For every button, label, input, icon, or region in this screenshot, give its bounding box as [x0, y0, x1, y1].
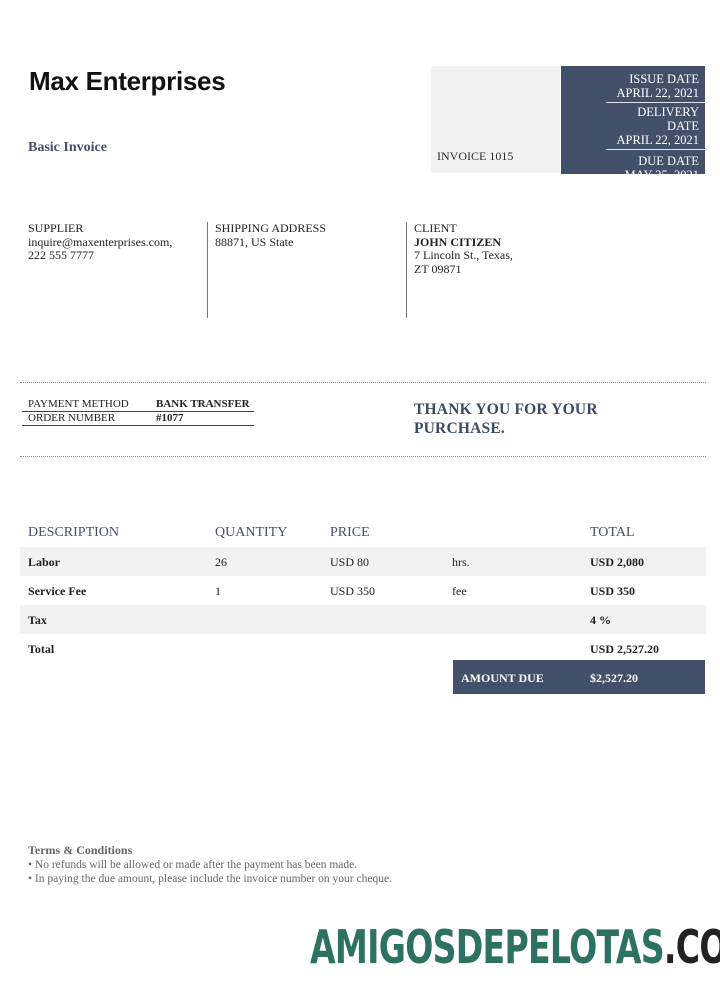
- payment-method-label: PAYMENT METHOD: [22, 398, 156, 411]
- delivery-date-value: APRIL 22, 2021: [606, 133, 699, 147]
- tax-value: 4 %: [590, 613, 611, 628]
- item-price: USD 350: [330, 584, 375, 599]
- item-unit: fee: [452, 584, 467, 599]
- dates-panel: ISSUE DATE APRIL 22, 2021 DELIVERY DATE …: [561, 66, 705, 174]
- amount-due-value: $2,527.20: [590, 671, 638, 686]
- supplier-block: SUPPLIER inquire@maxenterprises.com, 222…: [28, 222, 172, 263]
- delivery-date: DELIVERY DATE APRIL 22, 2021: [606, 103, 705, 150]
- client-address-line1: 7 Lincoln St., Texas,: [414, 249, 513, 263]
- item-price: USD 80: [330, 555, 369, 570]
- total-label: Total: [28, 642, 54, 657]
- shipping-address: 88871, US State: [215, 236, 326, 250]
- table-row: Total USD 2,527.20: [20, 634, 706, 663]
- amount-due-label: AMOUNT DUE: [461, 671, 544, 686]
- document-subtitle: Basic Invoice: [28, 140, 107, 156]
- delivery-date-label: DELIVERY DATE: [606, 105, 699, 133]
- divider: [406, 222, 407, 318]
- order-number-value: #1077: [156, 412, 184, 425]
- watermark-suffix: .COM: [664, 920, 720, 974]
- invoice-number: INVOICE 1015: [437, 149, 513, 164]
- shipping-block: SHIPPING ADDRESS 88871, US State: [215, 222, 326, 249]
- shipping-label: SHIPPING ADDRESS: [215, 222, 326, 236]
- dotted-divider: [20, 382, 706, 383]
- supplier-label: SUPPLIER: [28, 222, 172, 236]
- table-row: Labor 26 USD 80 hrs. USD 2,080: [20, 547, 706, 576]
- order-number-row: ORDER NUMBER #1077: [22, 412, 254, 426]
- item-description: Service Fee: [28, 584, 86, 599]
- invoice-number-box: INVOICE 1015: [431, 66, 560, 173]
- item-quantity: 1: [215, 584, 221, 599]
- supplier-phone: 222 555 7777: [28, 249, 172, 263]
- line-items-table: DESCRIPTION QUANTITY PRICE TOTAL Labor 2…: [20, 520, 706, 663]
- item-quantity: 26: [215, 555, 227, 570]
- client-block: CLIENT JOHN CITIZEN 7 Lincoln St., Texas…: [414, 222, 513, 276]
- dotted-divider: [20, 456, 706, 457]
- item-unit: hrs.: [452, 555, 470, 570]
- header-quantity: QUANTITY: [215, 525, 287, 541]
- table-row: Tax 4 %: [20, 605, 706, 634]
- company-name: Max Enterprises: [29, 66, 225, 97]
- item-total: USD 350: [590, 584, 635, 599]
- tax-label: Tax: [28, 613, 47, 628]
- total-value: USD 2,527.20: [590, 642, 659, 657]
- payment-method-value: BANK TRANSFER: [156, 398, 250, 411]
- terms-title: Terms & Conditions: [28, 843, 392, 858]
- table-header: DESCRIPTION QUANTITY PRICE TOTAL: [20, 520, 706, 547]
- terms-conditions: Terms & Conditions • No refunds will be …: [28, 843, 392, 887]
- header-description: DESCRIPTION: [28, 525, 119, 541]
- due-date-label: DUE DATE: [561, 154, 699, 168]
- watermark-logo: AMIGOSDEPELOTAS.COM: [310, 920, 720, 974]
- header-price: PRICE: [330, 525, 370, 541]
- terms-item: • No refunds will be allowed or made aft…: [28, 858, 392, 873]
- order-number-label: ORDER NUMBER: [22, 412, 156, 425]
- terms-item: • In paying the due amount, please inclu…: [28, 872, 392, 887]
- due-date-value: MAY 25, 2021: [561, 168, 699, 182]
- item-description: Labor: [28, 555, 60, 570]
- issue-date-value: APRIL 22, 2021: [606, 86, 699, 100]
- item-total: USD 2,080: [590, 555, 644, 570]
- table-row: Service Fee 1 USD 350 fee USD 350: [20, 576, 706, 605]
- header-total: TOTAL: [590, 525, 635, 541]
- payment-method-row: PAYMENT METHOD BANK TRANSFER: [22, 398, 254, 412]
- supplier-email: inquire@maxenterprises.com,: [28, 236, 172, 250]
- payment-table: PAYMENT METHOD BANK TRANSFER ORDER NUMBE…: [22, 398, 254, 426]
- divider: [207, 222, 208, 318]
- client-name: JOHN CITIZEN: [414, 236, 513, 250]
- issue-date-label: ISSUE DATE: [606, 72, 699, 86]
- client-label: CLIENT: [414, 222, 513, 236]
- due-date: DUE DATE MAY 25, 2021: [561, 150, 705, 182]
- amount-due-box: AMOUNT DUE $2,527.20: [453, 660, 705, 694]
- client-address-line2: ZT 09871: [414, 263, 513, 277]
- watermark-main: AMIGOSDEPELOTAS: [310, 920, 664, 974]
- issue-date: ISSUE DATE APRIL 22, 2021: [606, 66, 705, 103]
- thank-you-message: THANK YOU FOR YOUR PURCHASE.: [414, 400, 654, 438]
